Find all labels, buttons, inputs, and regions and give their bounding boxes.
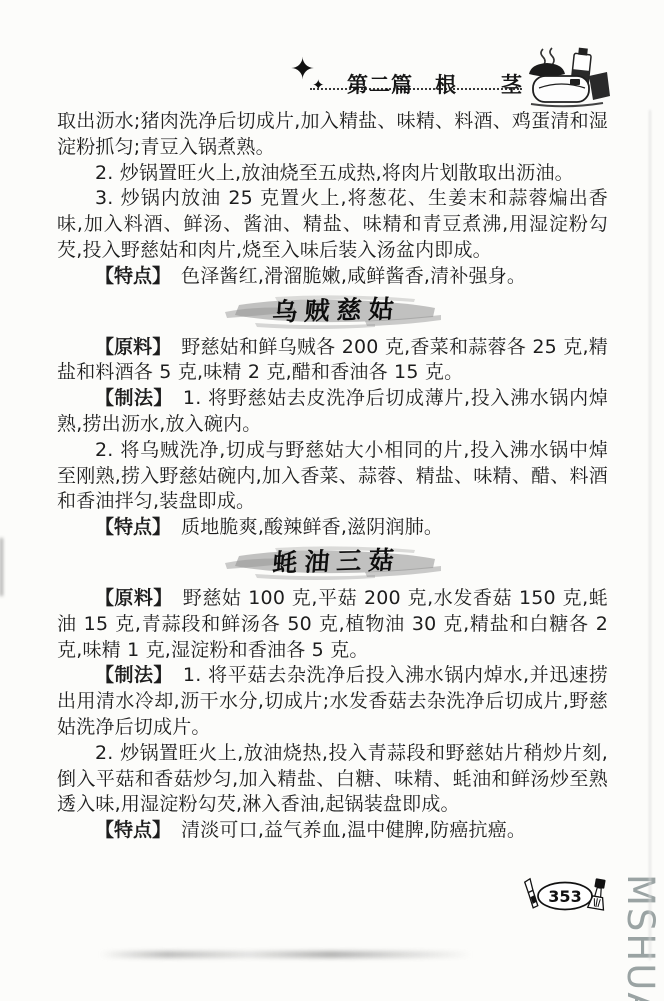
paragraph: 取出沥水;猪肉洗净后切成片,加入精盐、味精、料酒、鸡蛋清和湿淀粉抓匀;青豆入锅煮…: [57, 109, 608, 161]
paragraph: 2. 炒锅置旺火上,放油烧至五成热,将肉片划散取出沥油。: [57, 161, 608, 187]
recipe-title: 蚝油三菇: [223, 541, 442, 583]
paragraph-text: 3. 炒锅内放油 25 克置火上,将葱花、生姜末和蒜蓉煸出香味,加入料酒、鲜汤、…: [57, 187, 608, 261]
page-number: 353: [548, 887, 581, 906]
scan-smudge-artifact: [100, 951, 472, 958]
page-body: 取出沥水;猪肉洗净后切成片,加入精盐、味精、料酒、鸡蛋清和湿淀粉抓匀;青豆入锅煮…: [57, 109, 608, 844]
paragraph-text: 清淡可口,益气养血,温中健脾,防癌抗癌。: [181, 819, 526, 841]
ingredients-label: 【原料】: [95, 587, 173, 609]
features-label: 【特点】: [95, 819, 171, 841]
paragraph: 2. 炒锅置旺火上,放油烧热,投入青蒜段和野慈姑片稍炒片刻,倒入平菇和香菇炒匀,…: [57, 741, 608, 818]
book-page: ✦ ✦ 第二篇 根 茎 取出沥水;猪肉洗净后切成片,加入精盐、味精、料酒、鸡蛋清…: [0, 0, 664, 1001]
paragraph: 【原料】野慈姑和鲜乌贼各 200 克,香菜和蒜蓉各 25 克,精盐和料酒各 5 …: [57, 335, 608, 387]
paragraph: 【特点】质地脆爽,酸辣鲜香,滋阴润肺。: [57, 515, 608, 541]
paragraph-text: 2. 炒锅置旺火上,放油烧至五成热,将肉片划散取出沥油。: [95, 162, 574, 184]
steaming-dish-illustration-icon: [521, 46, 613, 110]
plate-with-knife-and-fork-icon: 353: [521, 877, 609, 915]
paragraph-text: 色泽酱红,滑溜脆嫩,咸鲜酱香,清补强身。: [181, 265, 526, 287]
paragraph-text: 2. 将乌贼洗净,切成与野慈姑大小相同的片,投入沸水锅中焯至刚熟,捞入野慈姑碗内…: [57, 439, 608, 513]
paragraph: 3. 炒锅内放油 25 克置火上,将葱花、生姜末和蒜蓉煸出香味,加入料酒、鲜汤、…: [57, 186, 608, 263]
method-label: 【制法】: [95, 664, 173, 686]
recipe-title: 乌贼慈姑: [223, 290, 442, 332]
features-label: 【特点】: [95, 516, 171, 538]
recipe-banner: 蚝油三菇: [225, 544, 441, 580]
page-number-badge: 353: [521, 877, 609, 919]
recipe-banner: 乌贼慈姑: [225, 293, 441, 329]
method-label: 【制法】: [95, 387, 173, 409]
paragraph: 【原料】野慈姑 100 克,平菇 200 克,水发香菇 150 克,蚝油 15 …: [57, 586, 608, 663]
paragraph-text: 2. 炒锅置旺火上,放油烧热,投入青蒜段和野慈姑片稍炒片刻,倒入平菇和香菇炒匀,…: [57, 742, 608, 816]
ingredients-label: 【原料】: [95, 336, 171, 358]
section-title: 第二篇 根 茎: [347, 69, 523, 99]
paragraph: 【制法】1. 将野慈姑去皮洗净后切成薄片,投入沸水锅内焯熟,捞出沥水,放入碗内。: [57, 386, 608, 438]
paragraph: 【特点】清淡可口,益气养血,温中健脾,防癌抗癌。: [57, 818, 608, 844]
paragraph-text: 取出沥水;猪肉洗净后切成片,加入精盐、味精、料酒、鸡蛋清和湿淀粉抓匀;青豆入锅煮…: [57, 110, 608, 158]
paragraph: 【制法】1. 将平菇去杂洗净后投入沸水锅内焯水,并迅速捞出用清水冷却,沥干水分,…: [57, 663, 608, 740]
paragraph: 【特点】色泽酱红,滑溜脆嫩,咸鲜酱香,清补强身。: [57, 264, 608, 290]
features-label: 【特点】: [95, 265, 171, 287]
scan-edge-artifact: [0, 538, 3, 596]
paragraph: 2. 将乌贼洗净,切成与野慈姑大小相同的片,投入沸水锅中焯至刚熟,捞入野慈姑碗内…: [57, 438, 608, 515]
page-header: ✦ ✦ 第二篇 根 茎: [0, 0, 664, 115]
scan-edge-line: [649, 110, 651, 960]
paragraph-text: 质地脆爽,酸辣鲜香,滋阴润肺。: [181, 516, 443, 538]
watermark-text: MSHUA: [620, 874, 660, 998]
